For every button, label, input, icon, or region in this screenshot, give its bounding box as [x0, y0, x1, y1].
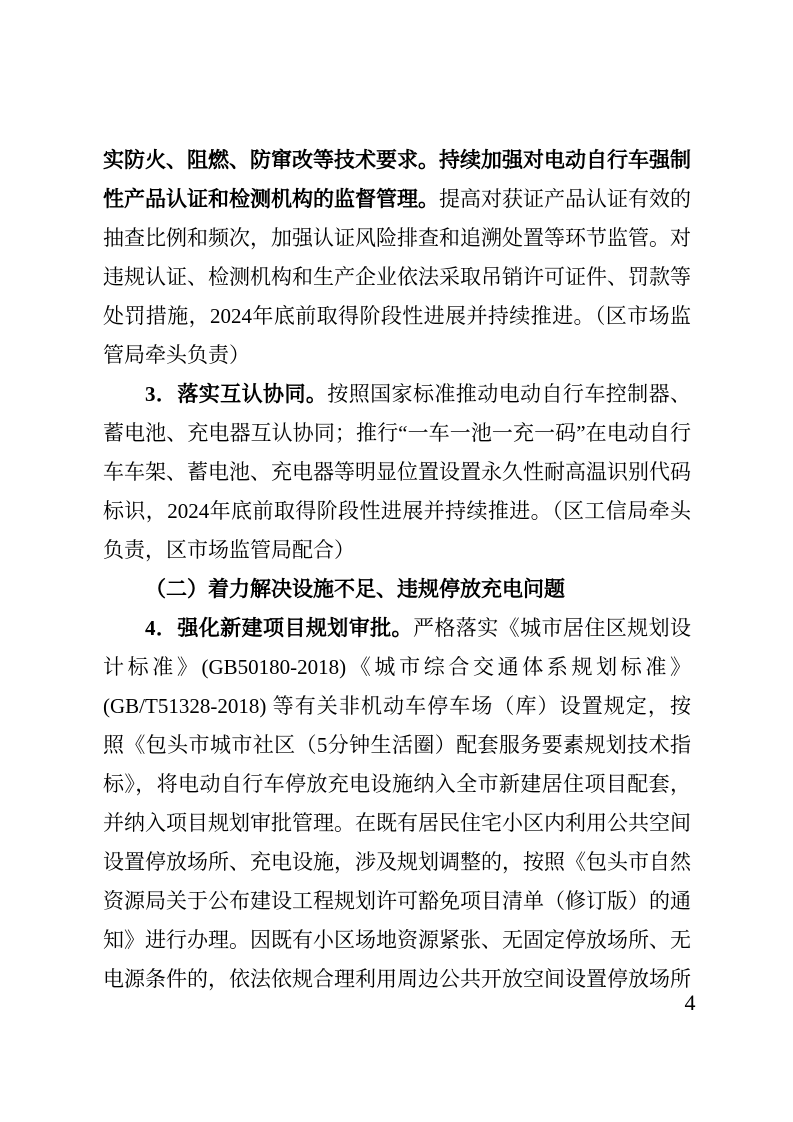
paragraph: 4．强化新建项目规划审批。严格落实《城市居住区规划设计标准》(GB50180-2…	[103, 609, 691, 999]
document-body: 实防火、阻燃、防窜改等技术要求。持续加强对电动自行车强制性产品认证和检测机构的监…	[103, 141, 691, 999]
bold-text-segment: 实防火、阻燃、防窜改等技术要求。	[103, 148, 439, 172]
bold-text-segment: 3．落实互认协同。	[145, 382, 327, 406]
paragraph: 实防火、阻燃、防窜改等技术要求。持续加强对电动自行车强制性产品认证和检测机构的监…	[103, 141, 691, 375]
bold-text-segment: 4．强化新建项目规划审批。	[145, 616, 413, 640]
document-page: 实防火、阻燃、防窜改等技术要求。持续加强对电动自行车强制性产品认证和检测机构的监…	[0, 0, 793, 1122]
paragraph: （二）着力解决设施不足、违规停放充电问题	[103, 570, 691, 609]
page-number: 4	[640, 988, 740, 1018]
paragraph: 3．落实互认协同。按照国家标准推动电动自行车控制器、蓄电池、充电器互认协同；推行…	[103, 375, 691, 570]
bold-text-segment: （二）着力解决设施不足、违规停放充电问题	[145, 577, 565, 601]
text-segment: 严格落实《城市居住区规划设计标准》(GB50180-2018)《城市综合交通体系…	[103, 616, 691, 991]
